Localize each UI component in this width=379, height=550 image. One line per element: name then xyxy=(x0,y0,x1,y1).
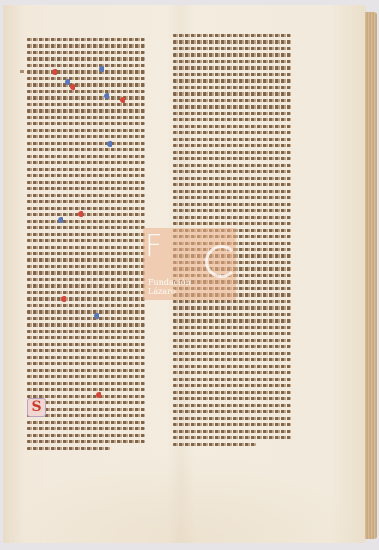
red-initial xyxy=(78,211,83,217)
text-line xyxy=(173,164,291,167)
text-line xyxy=(27,226,145,229)
text-line xyxy=(27,291,145,294)
text-line xyxy=(27,96,145,99)
text-line xyxy=(173,378,291,381)
text-line xyxy=(173,190,291,193)
text-line xyxy=(173,203,291,206)
text-line xyxy=(27,375,145,378)
text-line xyxy=(173,73,291,76)
text-line xyxy=(27,135,145,138)
text-line xyxy=(173,384,291,387)
text-line xyxy=(173,40,291,43)
text-line xyxy=(173,209,291,212)
watermark-text: Fundación Lázaro xyxy=(148,278,191,296)
text-line xyxy=(173,397,291,400)
text-line xyxy=(27,317,145,320)
text-line xyxy=(27,246,145,249)
text-line xyxy=(27,252,145,255)
text-line xyxy=(27,323,145,326)
text-line xyxy=(173,138,291,141)
blue-initial xyxy=(104,93,109,99)
text-line xyxy=(27,421,145,424)
text-line xyxy=(173,365,291,368)
text-line xyxy=(27,57,145,60)
text-line xyxy=(27,362,145,365)
watermark-logo-icon xyxy=(205,245,238,278)
text-line xyxy=(173,404,291,407)
text-line xyxy=(27,271,145,274)
text-line xyxy=(173,125,291,128)
text-line xyxy=(27,77,145,80)
marginal-mark xyxy=(20,70,24,73)
text-line xyxy=(27,447,110,450)
text-line xyxy=(27,265,145,268)
text-line xyxy=(173,345,291,348)
text-line xyxy=(173,60,291,63)
red-initial xyxy=(120,97,125,103)
text-line xyxy=(173,417,291,420)
text-line xyxy=(27,122,145,125)
text-line xyxy=(27,349,145,352)
text-line xyxy=(173,430,291,433)
text-line xyxy=(173,326,291,329)
text-line xyxy=(27,44,145,47)
watermark-letter: F xyxy=(145,232,162,262)
text-line xyxy=(27,304,145,307)
text-line xyxy=(27,343,145,346)
text-line xyxy=(173,332,291,335)
text-line xyxy=(173,222,291,225)
text-line xyxy=(27,395,145,398)
text-line xyxy=(27,356,145,359)
text-line xyxy=(27,174,145,177)
text-line xyxy=(173,112,291,115)
text-line xyxy=(27,51,145,54)
text-line xyxy=(173,144,291,147)
text-line xyxy=(173,410,291,413)
text-line xyxy=(173,79,291,82)
text-line xyxy=(173,436,291,439)
text-line xyxy=(173,313,291,316)
text-line xyxy=(173,105,291,108)
text-line xyxy=(173,300,291,303)
text-line xyxy=(27,220,145,223)
text-line xyxy=(27,129,145,132)
text-line xyxy=(27,70,145,73)
text-line xyxy=(27,330,145,333)
text-line xyxy=(27,83,145,86)
text-line xyxy=(27,233,145,236)
red-initial xyxy=(70,84,75,90)
text-line xyxy=(173,306,291,309)
text-line xyxy=(27,284,145,287)
text-line xyxy=(27,64,145,67)
blue-initial xyxy=(99,66,104,72)
text-line xyxy=(27,434,145,437)
illuminated-initial: S xyxy=(27,398,46,417)
text-line xyxy=(27,388,145,391)
text-line xyxy=(27,116,145,119)
red-initial xyxy=(61,296,66,302)
watermark-line1: Fundación xyxy=(148,278,191,287)
text-line xyxy=(173,170,291,173)
text-line xyxy=(173,358,291,361)
text-line xyxy=(27,213,145,216)
text-line xyxy=(27,239,145,242)
text-line xyxy=(27,161,145,164)
text-line xyxy=(173,391,291,394)
text-line xyxy=(27,200,145,203)
red-initial xyxy=(52,69,57,75)
text-line xyxy=(27,194,145,197)
left-text-column xyxy=(27,38,145,455)
text-line xyxy=(27,336,145,339)
text-line xyxy=(27,187,145,190)
text-line xyxy=(173,443,256,446)
text-line xyxy=(173,92,291,95)
text-line xyxy=(173,53,291,56)
watermark-line2: Lázaro xyxy=(148,287,191,296)
text-line xyxy=(173,47,291,50)
text-line xyxy=(173,131,291,134)
text-line xyxy=(27,90,145,93)
text-line xyxy=(27,155,145,158)
text-line xyxy=(27,181,145,184)
red-initial xyxy=(96,392,101,398)
text-line xyxy=(27,369,145,372)
text-line xyxy=(173,157,291,160)
text-line xyxy=(173,66,291,69)
text-line xyxy=(173,86,291,89)
text-line xyxy=(27,258,145,261)
text-line xyxy=(27,297,145,300)
text-line xyxy=(173,99,291,102)
text-line xyxy=(173,34,291,37)
text-line xyxy=(173,352,291,355)
text-line xyxy=(173,423,291,426)
text-line xyxy=(173,118,291,121)
text-line xyxy=(173,216,291,219)
blue-initial xyxy=(58,217,63,223)
blue-initial xyxy=(107,141,112,147)
text-line xyxy=(173,183,291,186)
text-line xyxy=(27,148,145,151)
text-line xyxy=(173,151,291,154)
text-line xyxy=(27,440,145,443)
text-line xyxy=(173,196,291,199)
text-line xyxy=(173,177,291,180)
text-line xyxy=(27,427,145,430)
text-line xyxy=(27,168,145,171)
watermark: F Fundación Lázaro xyxy=(143,228,236,300)
text-line xyxy=(27,38,145,41)
text-line xyxy=(27,103,145,106)
text-line xyxy=(173,319,291,322)
text-line xyxy=(27,207,145,210)
text-line xyxy=(27,382,145,385)
page-edges xyxy=(365,12,377,539)
blue-initial xyxy=(94,313,99,319)
text-line xyxy=(27,310,145,313)
text-line xyxy=(27,142,145,145)
text-line xyxy=(27,109,145,112)
text-line xyxy=(173,371,291,374)
blue-initial xyxy=(65,79,70,85)
text-line xyxy=(173,339,291,342)
text-line xyxy=(27,278,145,281)
